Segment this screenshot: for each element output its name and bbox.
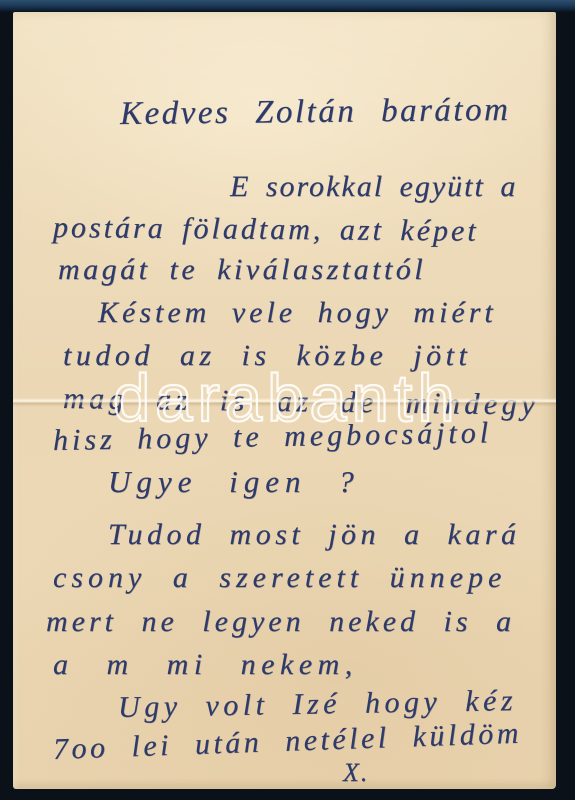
signature-mark: X. [343,758,369,788]
handwriting-line: Ugye igen ? [108,464,360,500]
handwriting-line: Tudod most jön a kará [108,518,521,552]
handwriting-line: a m mi nekem, [53,648,358,682]
scan-top-edge [0,0,575,12]
handwriting-line: postára föladtam, azt képet [53,211,479,249]
darabanth-watermark: darabanth [113,360,460,437]
handwriting-line: E sorokkal együtt a [230,170,517,204]
salutation-line: Kedves Zoltán barátom [120,92,511,133]
handwriting-line: Késtem vele hogy miért [98,296,497,330]
handwriting-line: mert ne legyen neked is a [46,605,515,639]
handwriting-line: csony a szeretett ünnepe [53,561,506,595]
letter-paper: Kedves Zoltán barátom E sorokkal együtt … [13,12,556,789]
handwriting-line: magát te kiválasztattól [58,253,426,287]
scan-background: Kedves Zoltán barátom E sorokkal együtt … [0,0,575,800]
